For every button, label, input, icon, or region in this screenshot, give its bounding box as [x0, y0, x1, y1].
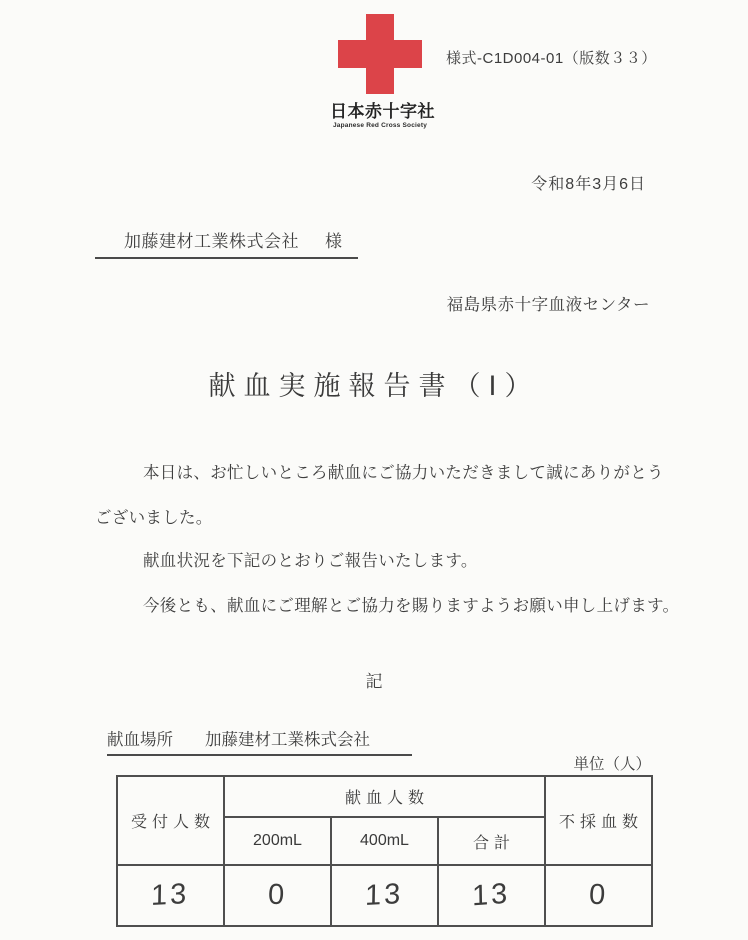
- document-title: 献血実施報告書（Ⅰ）: [0, 364, 748, 403]
- value-total-cell: 13: [438, 865, 545, 926]
- sender-name: 福島県赤十字血液センター: [447, 291, 650, 315]
- header-reception-count: 受付人数: [117, 776, 224, 865]
- donation-location-line: 献血場所加藤建材工業株式会社: [107, 726, 412, 756]
- handwritten-total-count: 13: [472, 878, 511, 914]
- value-200ml-cell: 0: [224, 865, 331, 926]
- handwritten-200ml-count: 0: [267, 879, 287, 913]
- header-donor-count-group: 献血人数: [224, 776, 545, 817]
- org-name-japanese: 日本赤十字社: [330, 97, 430, 122]
- recipient-honorific: 様: [325, 232, 343, 251]
- red-cross-logo: 日本赤十字社 Japanese Red Cross Society: [330, 14, 430, 129]
- red-cross-icon: [338, 14, 422, 94]
- header-400ml: 400mL: [331, 817, 438, 865]
- notation-mark: 記: [0, 667, 748, 692]
- handwritten-400ml-count: 13: [365, 878, 404, 913]
- unit-label: 単位（人）: [573, 752, 651, 774]
- value-reception-cell: 13: [117, 865, 224, 926]
- handwritten-reception-count: 13: [151, 878, 190, 913]
- scanned-document-page: 日本赤十字社 Japanese Red Cross Society 様式-C1D…: [0, 0, 748, 940]
- value-not-collected-cell: 0: [545, 865, 652, 926]
- handwritten-not-collected-count: 0: [588, 879, 609, 913]
- recipient-name: 加藤建材工業株式会社: [124, 232, 299, 251]
- header-not-collected-count: 不採血数: [545, 776, 652, 865]
- header-total: 合計: [438, 817, 545, 865]
- org-name-english: Japanese Red Cross Society: [330, 122, 430, 129]
- donation-report-table: 受付人数 献血人数 不採血数 200mL 400mL 合計 13 0 13 13…: [116, 775, 653, 927]
- body-paragraph-line-4: 今後とも、献血にご理解とご協力を賜りますようお願い申し上げます。: [143, 592, 679, 616]
- header-200ml: 200mL: [224, 817, 331, 865]
- recipient-line: 加藤建材工業株式会社様: [95, 227, 358, 259]
- body-paragraph-line-3: 献血状況を下記のとおりご報告いたします。: [143, 547, 478, 571]
- body-paragraph-line-2: ございました。: [95, 504, 213, 528]
- form-code: 様式-C1D004-01（版数３３）: [446, 47, 657, 68]
- red-cross-icon-horizontal-bar: [338, 40, 422, 68]
- donation-location-value: 加藤建材工業株式会社: [205, 731, 370, 749]
- document-date: 令和8年3月6日: [531, 171, 646, 194]
- donation-location-label: 献血場所: [107, 731, 173, 749]
- value-400ml-cell: 13: [331, 865, 438, 926]
- body-paragraph-line-1: 本日は、お忙しいところ献血にご協力いただきまして誠にありがとう: [143, 459, 664, 483]
